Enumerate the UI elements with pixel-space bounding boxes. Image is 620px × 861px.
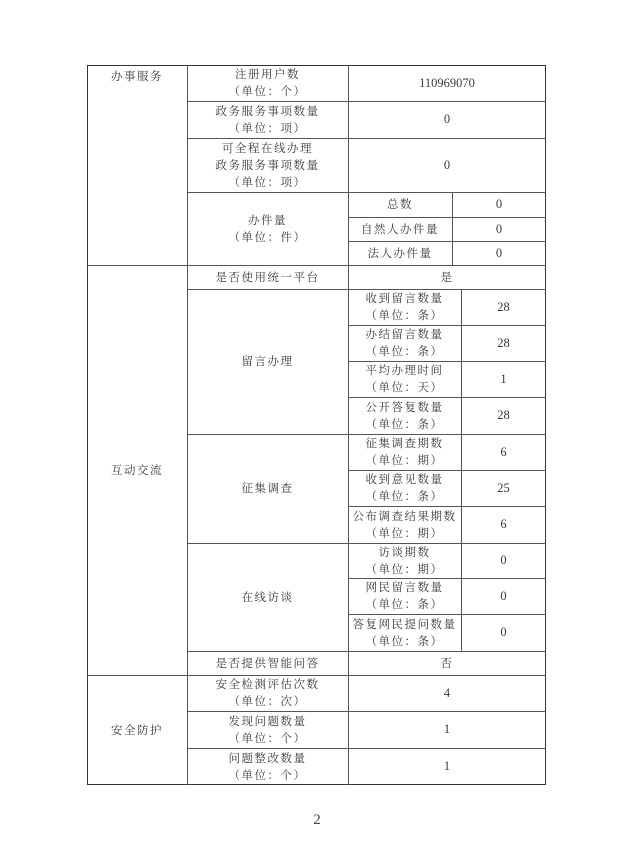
messages-group-label: 留言办理 <box>187 289 348 434</box>
service-items-label: 政务服务事项数量 （单位：项） <box>187 101 348 138</box>
section-label-security: 安全防护 <box>87 675 187 785</box>
online-items-label: 可全程在线办理 政务服务事项数量 （单位：项） <box>187 138 348 192</box>
unified-platform-value: 是 <box>348 265 546 289</box>
cases-legal-person-label: 法人办件量 <box>348 241 452 265</box>
messages-closed-label: 办结留言数量 （单位：条） <box>348 325 461 361</box>
messages-received-value: 28 <box>461 289 546 325</box>
smart-qa-label: 是否提供智能问答 <box>187 651 348 675</box>
document-page: 办事服务 注册用户数 （单位：个） 110969070 政务服务事项数量 （单位… <box>0 0 620 861</box>
section-label-interaction: 互动交流 <box>87 265 187 675</box>
cases-label: 办件量 （单位：件） <box>187 192 348 265</box>
unified-platform-label: 是否使用统一平台 <box>187 265 348 289</box>
smart-qa-value: 否 <box>348 651 546 675</box>
messages-received-label: 收到留言数量 （单位：条） <box>348 289 461 325</box>
messages-avg-time-label: 平均办理时间 （单位：天） <box>348 361 461 397</box>
interview-group-label: 在线访谈 <box>187 543 348 651</box>
interview-messages-label: 网民留言数量 （单位：条） <box>348 578 461 614</box>
survey-periods-label: 征集调查期数 （单位：期） <box>348 434 461 470</box>
interview-periods-label: 访谈期数 （单位：期） <box>348 543 461 578</box>
messages-public-reply-value: 28 <box>461 397 546 434</box>
messages-avg-time-value: 1 <box>461 361 546 397</box>
page-number: 2 <box>300 812 334 829</box>
cases-total-value: 0 <box>452 192 546 217</box>
survey-opinions-value: 25 <box>461 470 546 506</box>
messages-public-reply-label: 公开答复数量 （单位：条） <box>348 397 461 434</box>
survey-opinions-label: 收到意见数量 （单位：条） <box>348 470 461 506</box>
survey-group-label: 征集调查 <box>187 434 348 543</box>
issues-fixed-value: 1 <box>348 748 546 785</box>
interview-messages-value: 0 <box>461 578 546 614</box>
service-items-value: 0 <box>348 101 546 138</box>
issues-fixed-label: 问题整改数量 （单位：个） <box>187 748 348 785</box>
section-label-service: 办事服务 <box>87 65 187 265</box>
cases-natural-person-label: 自然人办件量 <box>348 217 452 241</box>
registered-users-label: 注册用户数 （单位：个） <box>187 65 348 101</box>
survey-periods-value: 6 <box>461 434 546 470</box>
security-checks-label: 安全检测评估次数 （单位：次） <box>187 675 348 711</box>
interview-periods-value: 0 <box>461 543 546 578</box>
cases-total-label: 总数 <box>348 192 452 217</box>
cases-natural-person-value: 0 <box>452 217 546 241</box>
issues-found-value: 1 <box>348 711 546 748</box>
registered-users-value: 110969070 <box>348 65 546 101</box>
survey-results-value: 6 <box>461 506 546 543</box>
survey-results-label: 公布调查结果期数 （单位：期） <box>348 506 461 543</box>
security-checks-value: 4 <box>348 675 546 711</box>
messages-closed-value: 28 <box>461 325 546 361</box>
interview-replies-label: 答复网民提问数量 （单位：条） <box>348 614 461 651</box>
online-items-value: 0 <box>348 138 546 192</box>
interview-replies-value: 0 <box>461 614 546 651</box>
cases-legal-person-value: 0 <box>452 241 546 265</box>
issues-found-label: 发现问题数量 （单位：个） <box>187 711 348 748</box>
